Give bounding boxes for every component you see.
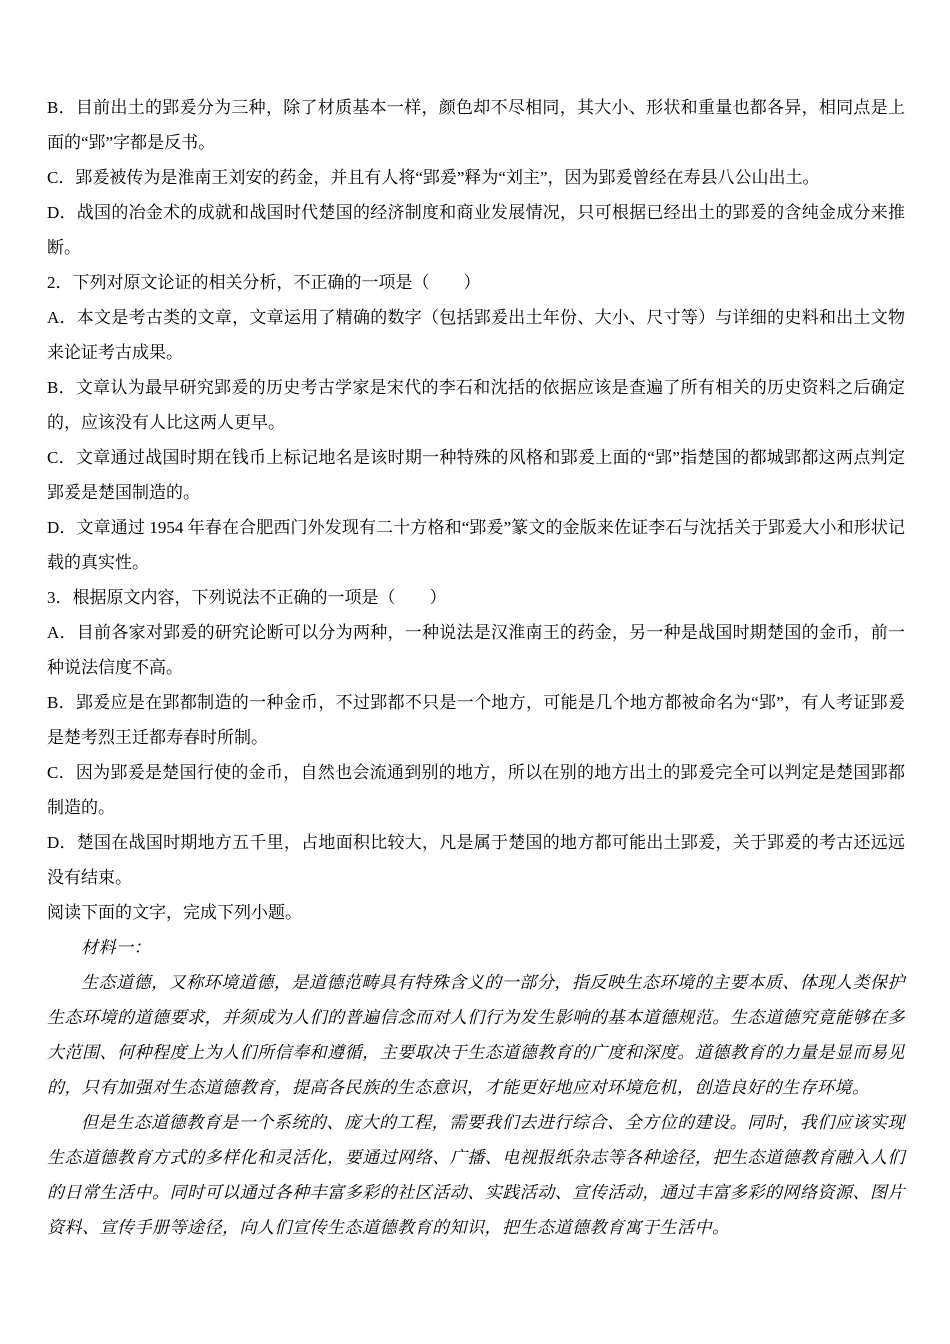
exam-document-body: B．目前出土的郢爰分为三种，除了材质基本一样，颜色却不尽相同，其大小、形状和重量… [47, 90, 905, 1245]
reading-section: 阅读下面的文字，完成下列小题。 材料一： 生态道德，又称环境道德，是道德范畴具有… [47, 895, 905, 1245]
material-one-paragraph-2: 但是生态道德教育是一个系统的、庞大的工程，需要我们去进行综合、全方位的建设。同时… [47, 1105, 905, 1245]
question3-option-b: B．郢爰应是在郢都制造的一种金币，不过郢都不只是一个地方，可能是几个地方都被命名… [47, 685, 905, 755]
question3-option-a: A．目前各家对郢爰的研究论断可以分为两种，一种说法是汉淮南王的药金，另一种是战国… [47, 615, 905, 685]
question-1-options: B．目前出土的郢爰分为三种，除了材质基本一样，颜色却不尽相同，其大小、形状和重量… [47, 90, 905, 265]
question1-option-d: D．战国的冶金术的成就和战国时代楚国的经济制度和商业发展情况，只可根据已经出土的… [47, 195, 905, 265]
question-2: 2．下列对原文论证的相关分析，不正确的一项是（ ） A．本文是考古类的文章，文章… [47, 265, 905, 580]
question2-option-b: B．文章认为最早研究郢爰的历史考古学家是宋代的李石和沈括的依据应该是查遍了所有相… [47, 370, 905, 440]
question3-option-d: D．楚国在战国时期地方五千里，占地面积比较大，凡是属于楚国的地方都可能出土郢爰，… [47, 825, 905, 895]
reading-prompt: 阅读下面的文字，完成下列小题。 [47, 895, 905, 930]
question3-stem: 3．根据原文内容，下列说法不正确的一项是（ ） [47, 580, 905, 615]
question2-option-d: D．文章通过 1954 年春在合肥西门外发现有二十方格和“郢爰”篆文的金版来佐证… [47, 510, 905, 580]
material-one-label: 材料一： [47, 930, 905, 965]
question1-option-c: C．郢爰被传为是淮南王刘安的药金，并且有人将“郢爰”释为“刘主”，因为郢爰曾经在… [47, 160, 905, 195]
question2-stem: 2．下列对原文论证的相关分析，不正确的一项是（ ） [47, 265, 905, 300]
question2-option-c: C．文章通过战国时期在钱币上标记地名是该时期一种特殊的风格和郢爰上面的“郢”指楚… [47, 440, 905, 510]
question2-option-a: A．本文是考古类的文章，文章运用了精确的数字（包括郢爰出土年份、大小、尺寸等）与… [47, 300, 905, 370]
exam-page: B．目前出土的郢爰分为三种，除了材质基本一样，颜色却不尽相同，其大小、形状和重量… [0, 0, 950, 1344]
question3-option-c: C．因为郢爰是楚国行使的金币，自然也会流通到别的地方，所以在别的地方出土的郢爰完… [47, 755, 905, 825]
question1-option-b: B．目前出土的郢爰分为三种，除了材质基本一样，颜色却不尽相同，其大小、形状和重量… [47, 90, 905, 160]
material-one-paragraph-1: 生态道德，又称环境道德，是道德范畴具有特殊含义的一部分，指反映生态环境的主要本质… [47, 965, 905, 1105]
question-3: 3．根据原文内容，下列说法不正确的一项是（ ） A．目前各家对郢爰的研究论断可以… [47, 580, 905, 895]
